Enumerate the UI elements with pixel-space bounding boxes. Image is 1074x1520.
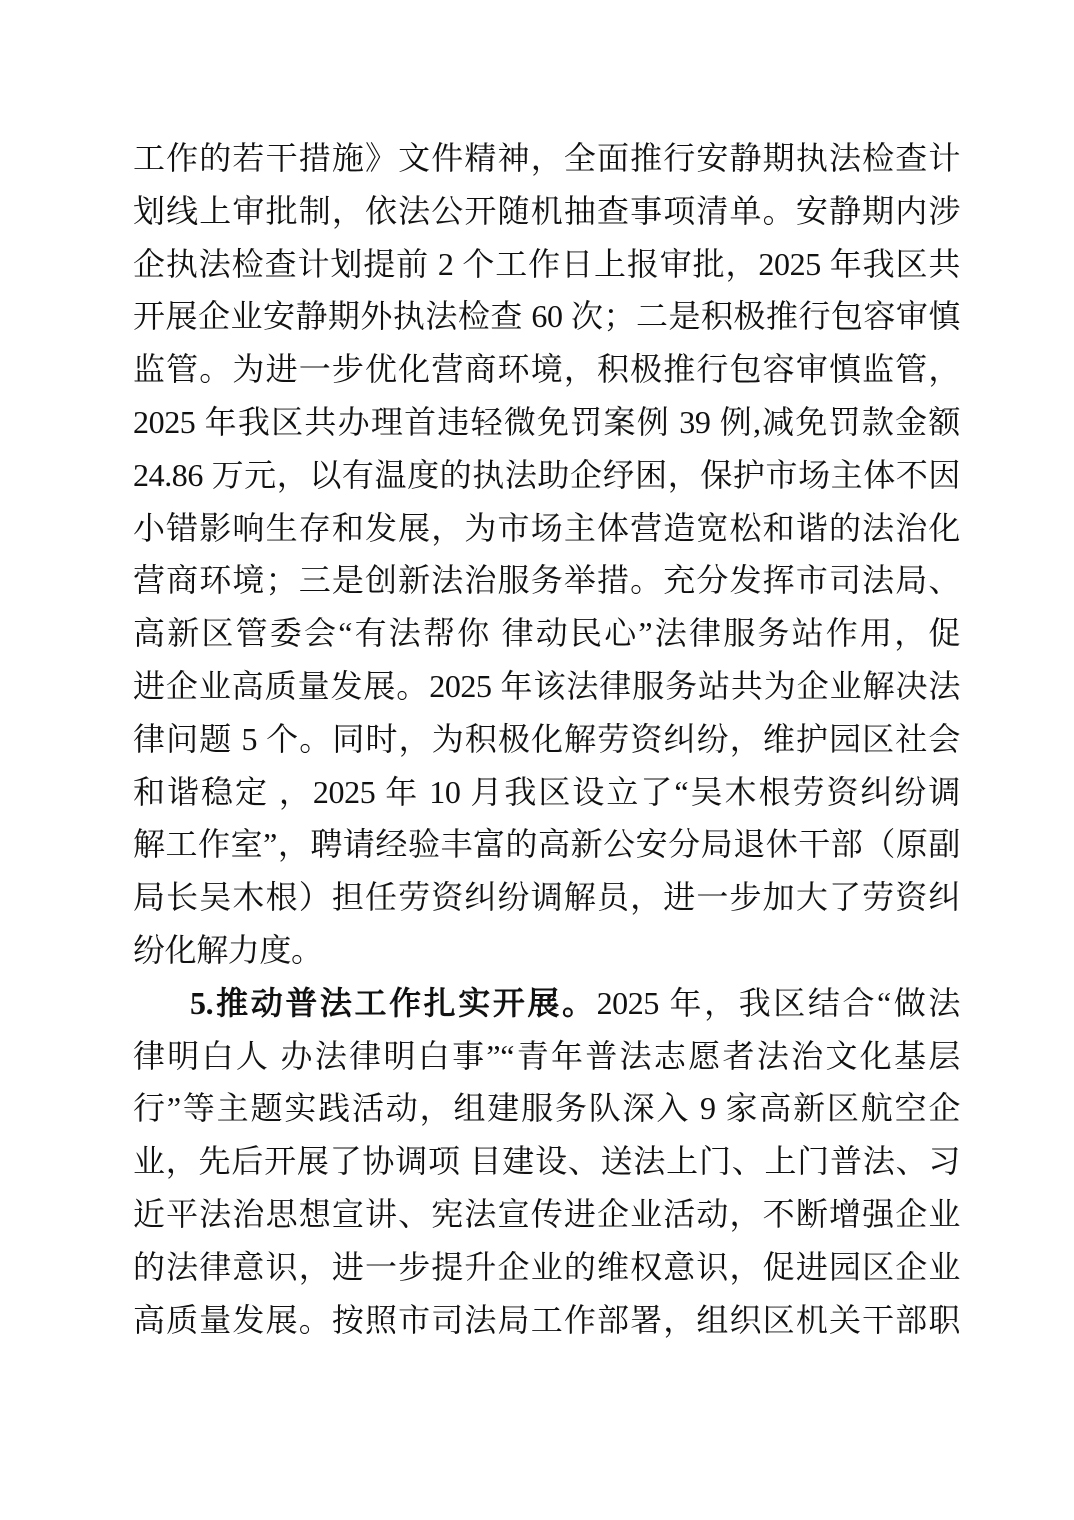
section-heading-rest: 2025 年，我区结合“做法 bbox=[597, 985, 960, 1021]
section-heading-bold: 5.推动普法工作扎实开展。 bbox=[190, 985, 597, 1021]
text-line: 划线上审批制，依法公开随机抽查事项清单。安静期内涉 bbox=[133, 185, 960, 238]
text-line: 24.86 万元，以有温度的执法助企纾困，保护市场主体不因 bbox=[133, 449, 960, 502]
text-line: 高新区管委会“有法帮你 律动民心”法律服务站作用，促 bbox=[133, 607, 960, 660]
paragraph-heading-line: 5.推动普法工作扎实开展。2025 年，我区结合“做法 bbox=[133, 977, 960, 1030]
text-line: 监管。为进一步优化营商环境，积极推行包容审慎监管， bbox=[133, 343, 960, 396]
document-page: 工作的若干措施》文件精神，全面推行安静期执法检查计 划线上审批制，依法公开随机抽… bbox=[0, 0, 1074, 1520]
text-line: 行”等主题实践活动，组建服务队深入 9 家高新区航空企 bbox=[133, 1082, 960, 1135]
text-line: 开展企业安静期外执法检查 60 次；二是积极推行包容审慎 bbox=[133, 290, 960, 343]
text-line: 企执法检查计划提前 2 个工作日上报审批，2025 年我区共 bbox=[133, 238, 960, 291]
text-line: 工作的若干措施》文件精神，全面推行安静期执法检查计 bbox=[133, 132, 960, 185]
paragraph-last-line: 纷化解力度。 bbox=[133, 924, 960, 977]
text-line: 近平法治思想宣讲、宪法宣传进企业活动，不断增强企业 bbox=[133, 1188, 960, 1241]
text-line: 进企业高质量发展。2025 年该法律服务站共为企业解决法 bbox=[133, 660, 960, 713]
text-line: 的法律意识，进一步提升企业的维权意识，促进园区企业 bbox=[133, 1241, 960, 1294]
text-line: 业，先后开展了协调项 目建设、送法上门、上门普法、习 bbox=[133, 1135, 960, 1188]
text-line: 高质量发展。按照市司法局工作部署，组织区机关干部职 bbox=[133, 1294, 960, 1347]
text-line: 营商环境；三是创新法治服务举措。充分发挥市司法局、 bbox=[133, 554, 960, 607]
text-line: 小错影响生存和发展，为市场主体营造宽松和谐的法治化 bbox=[133, 502, 960, 555]
text-line: 解工作室”，聘请经验丰富的高新公安分局退休干部（原副 bbox=[133, 818, 960, 871]
text-line: 2025 年我区共办理首违轻微免罚案例 39 例,减免罚款金额 bbox=[133, 396, 960, 449]
text-line: 律明白人 办法律明白事”“青年普法志愿者法治文化基层 bbox=[133, 1030, 960, 1083]
body-text-block: 工作的若干措施》文件精神，全面推行安静期执法检查计 划线上审批制，依法公开随机抽… bbox=[133, 132, 960, 1346]
text-line: 和谐稳定 ，2025 年 10 月我区设立了“吴木根劳资纠纷调 bbox=[133, 766, 960, 819]
text-line: 局长吴木根）担任劳资纠纷调解员，进一步加大了劳资纠 bbox=[133, 871, 960, 924]
text-line: 律问题 5 个。同时，为积极化解劳资纠纷，维护园区社会 bbox=[133, 713, 960, 766]
